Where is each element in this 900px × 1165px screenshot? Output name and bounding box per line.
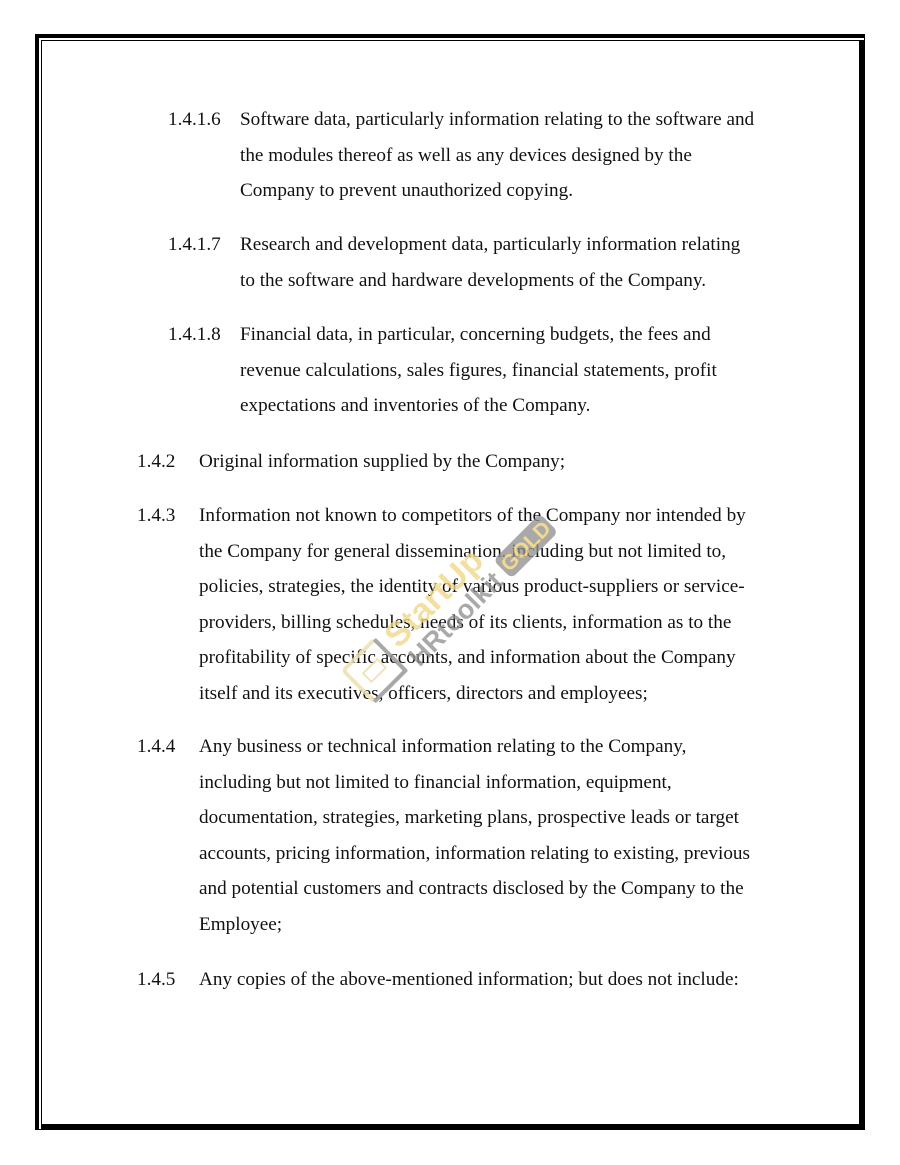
- clause-text: Software data, particularly information …: [240, 102, 754, 209]
- clause-number: 1.4.3: [137, 498, 175, 534]
- clause-number: 1.4.2: [137, 444, 175, 480]
- clause-line: policies, strategies, the identity of va…: [199, 569, 746, 605]
- clause-text: Original information supplied by the Com…: [199, 444, 565, 480]
- clause-line: Any business or technical information re…: [199, 729, 750, 765]
- clause-text: Any copies of the above-mentioned inform…: [199, 962, 739, 998]
- clause-line: to the software and hardware development…: [240, 263, 740, 299]
- clause-text: Research and development data, particula…: [240, 227, 740, 298]
- clause-number: 1.4.1.6: [168, 102, 221, 138]
- clause-number: 1.4.1.7: [168, 227, 221, 263]
- clause-line: including but not limited to financial i…: [199, 765, 750, 801]
- clause-line: Any copies of the above-mentioned inform…: [199, 962, 739, 998]
- clause-number: 1.4.1.8: [168, 317, 221, 353]
- clause-text: Any business or technical information re…: [199, 729, 750, 943]
- clause-line: providers, billing schedules, needs of i…: [199, 605, 746, 641]
- clause-line: itself and its executives, officers, dir…: [199, 676, 746, 712]
- clause-line: Information not known to competitors of …: [199, 498, 746, 534]
- clause-line: Employee;: [199, 907, 750, 943]
- clause-line: revenue calculations, sales figures, fin…: [240, 353, 717, 389]
- clause-line: and potential customers and contracts di…: [199, 871, 750, 907]
- clause-line: documentation, strategies, marketing pla…: [199, 800, 750, 836]
- clause-line: accounts, pricing information, informati…: [199, 836, 750, 872]
- clause-text: Information not known to competitors of …: [199, 498, 746, 712]
- clause-number: 1.4.4: [137, 729, 175, 765]
- clause-line: the modules thereof as well as any devic…: [240, 138, 754, 174]
- clause-line: Company to prevent unauthorized copying.: [240, 173, 754, 209]
- clause-line: Original information supplied by the Com…: [199, 444, 565, 480]
- clause-line: the Company for general dissemination, i…: [199, 534, 746, 570]
- clause-text: Financial data, in particular, concernin…: [240, 317, 717, 424]
- clause-line: profitability of specific accounts, and …: [199, 640, 746, 676]
- clause-line: expectations and inventories of the Comp…: [240, 388, 717, 424]
- clause-line: Software data, particularly information …: [240, 102, 754, 138]
- clause-number: 1.4.5: [137, 962, 175, 998]
- clause-line: Financial data, in particular, concernin…: [240, 317, 717, 353]
- clause-line: Research and development data, particula…: [240, 227, 740, 263]
